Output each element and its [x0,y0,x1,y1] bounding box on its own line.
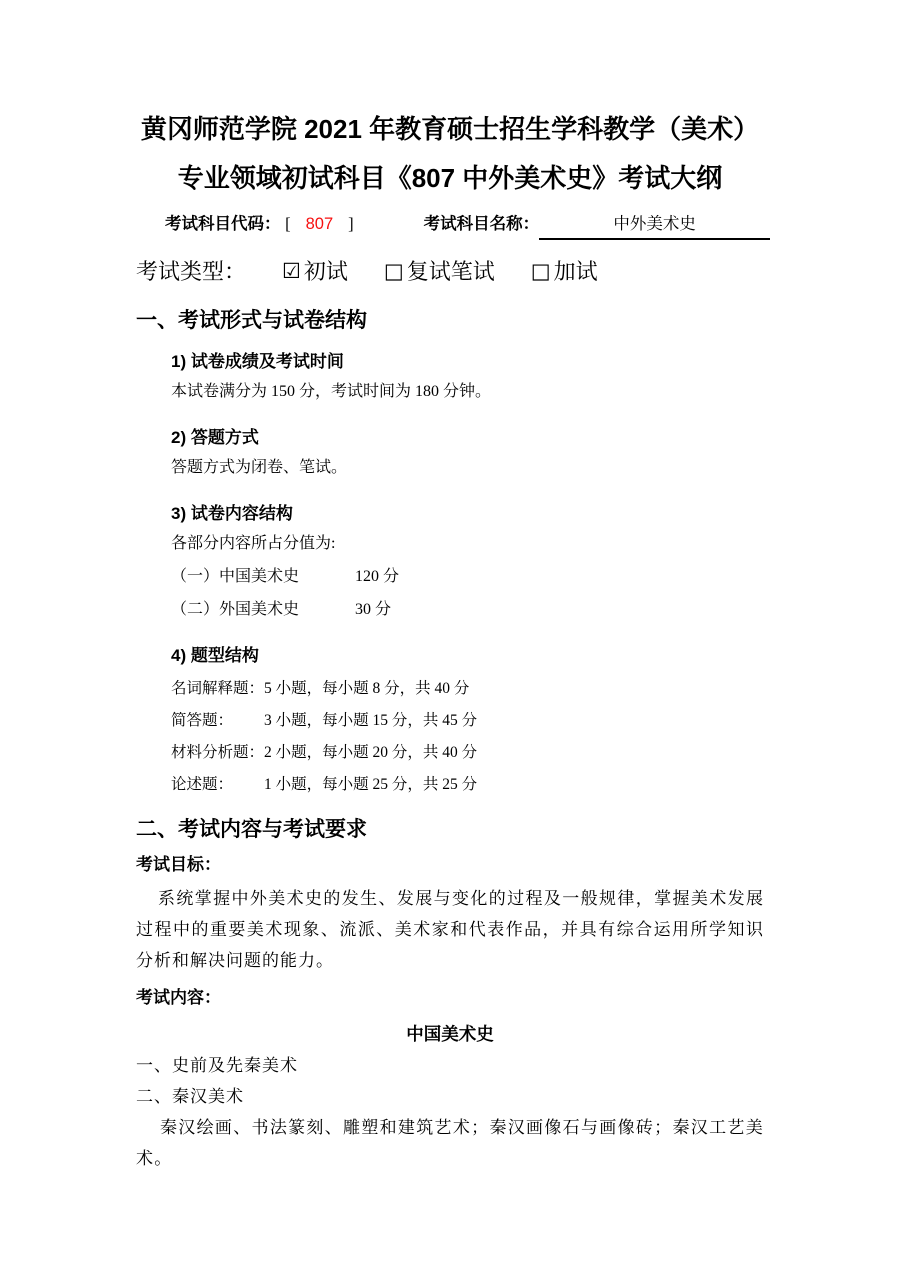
content-item-heading: 二、秦汉美术 [136,1081,764,1112]
subject-code-group: 考试科目代码： [807] [165,213,354,235]
question-type-row: 论述题： 1 小题，每小题 25 分，共 25 分 [171,774,764,795]
question-type-detail: 1 小题，每小题 25 分，共 25 分 [264,774,477,795]
section-2-heading: 二、考试内容与考试要求 [136,817,764,843]
question-type-detail: 3 小题，每小题 15 分，共 45 分 [264,710,477,731]
open-bracket: [ [285,214,291,233]
item-3-intro: 各部分内容所占分值为: [171,533,764,554]
subject-code-value: 807 [291,215,349,233]
exam-goal-label: 考试目标： [136,854,764,876]
subject-name-group: 考试科目名称： 中外美术史 [424,213,771,240]
question-type-row: 材料分析题： 2 小题，每小题 20 分，共 40 分 [171,742,764,763]
question-type-row: 名词解释题： 5 小题，每小题 8 分，共 40 分 [171,678,764,699]
exam-type-option-additional: □ 加试 [531,258,598,286]
score-row: （一）中国美术史 120 分 [171,566,764,587]
exam-type-option-label: 初试 [304,258,348,286]
score-part-name: （一）中国美术史 [171,566,355,587]
document-title: 黄冈师范学院 2021 年教育硕士招生学科教学（美术） 专业领域初试科目《807… [136,105,764,203]
subject-name-label: 考试科目名称： [424,213,540,235]
question-type-detail: 5 小题，每小题 8 分，共 40 分 [264,678,469,699]
section-1-body: 1) 试卷成绩及考试时间 本试卷满分为 150 分，考试时间为 180 分钟。 … [171,351,764,795]
question-type-detail: 2 小题，每小题 20 分，共 40 分 [264,742,477,763]
exam-type-option-label: 加试 [554,258,598,286]
exam-goal-text: 系统掌握中外美术史的发生、发展与变化的过程及一般规律，掌握美术发展过程中的重要美… [136,883,764,976]
close-bracket: ] [348,214,354,233]
content-item-heading: 一、史前及先秦美术 [136,1050,764,1081]
question-type-label: 材料分析题： [171,742,264,763]
title-line-2: 专业领域初试科目《807 中外美术史》考试大纲 [136,154,764,203]
exam-type-option-label: 复试笔试 [407,258,495,286]
section-1-heading: 一、考试形式与试卷结构 [136,308,764,334]
item-1-title: 1) 试卷成绩及考试时间 [171,351,764,373]
score-part-value: 120 分 [355,566,399,587]
checkbox-checked-icon: ☑ [282,257,301,285]
item-1-text: 本试卷满分为 150 分，考试时间为 180 分钟。 [171,381,764,402]
item-2-text: 答题方式为闭卷、笔试。 [171,457,764,478]
exam-type-option-retest: □ 复试笔试 [384,258,495,286]
subject-meta-row: 考试科目代码： [807] 考试科目名称： 中外美术史 [136,213,764,240]
item-3-title: 3) 试卷内容结构 [171,503,764,525]
item-2-title: 2) 答题方式 [171,427,764,449]
exam-content-label: 考试内容： [136,987,764,1009]
exam-type-label: 考试类型： [136,258,246,286]
score-part-value: 30 分 [355,599,391,620]
question-type-label: 简答题： [171,710,264,731]
item-4-title: 4) 题型结构 [171,645,764,667]
question-type-label: 名词解释题： [171,678,264,699]
content-item-text: 秦汉绘画、书法篆刻、雕塑和建筑艺术；秦汉画像石与画像砖；秦汉工艺美术。 [136,1112,764,1174]
checkbox-empty-icon: □ [384,257,404,285]
score-part-name: （二）外国美术史 [171,599,355,620]
checkbox-empty-icon: □ [531,257,551,285]
exam-type-option-first: ☑ 初试 [282,258,348,286]
question-type-label: 论述题： [171,774,264,795]
subject-name-value: 中外美术史 [539,213,770,240]
question-type-row: 简答题： 3 小题，每小题 15 分，共 45 分 [171,710,764,731]
subject-code-label: 考试科目代码： [165,215,281,233]
content-part-title: 中国美术史 [136,1023,764,1045]
score-row: （二）外国美术史 30 分 [171,599,764,620]
document-page: 黄冈师范学院 2021 年教育硕士招生学科教学（美术） 专业领域初试科目《807… [136,105,764,1174]
exam-type-row: 考试类型： ☑ 初试 □ 复试笔试 □ 加试 [136,258,764,286]
title-line-1: 黄冈师范学院 2021 年教育硕士招生学科教学（美术） [136,105,764,154]
